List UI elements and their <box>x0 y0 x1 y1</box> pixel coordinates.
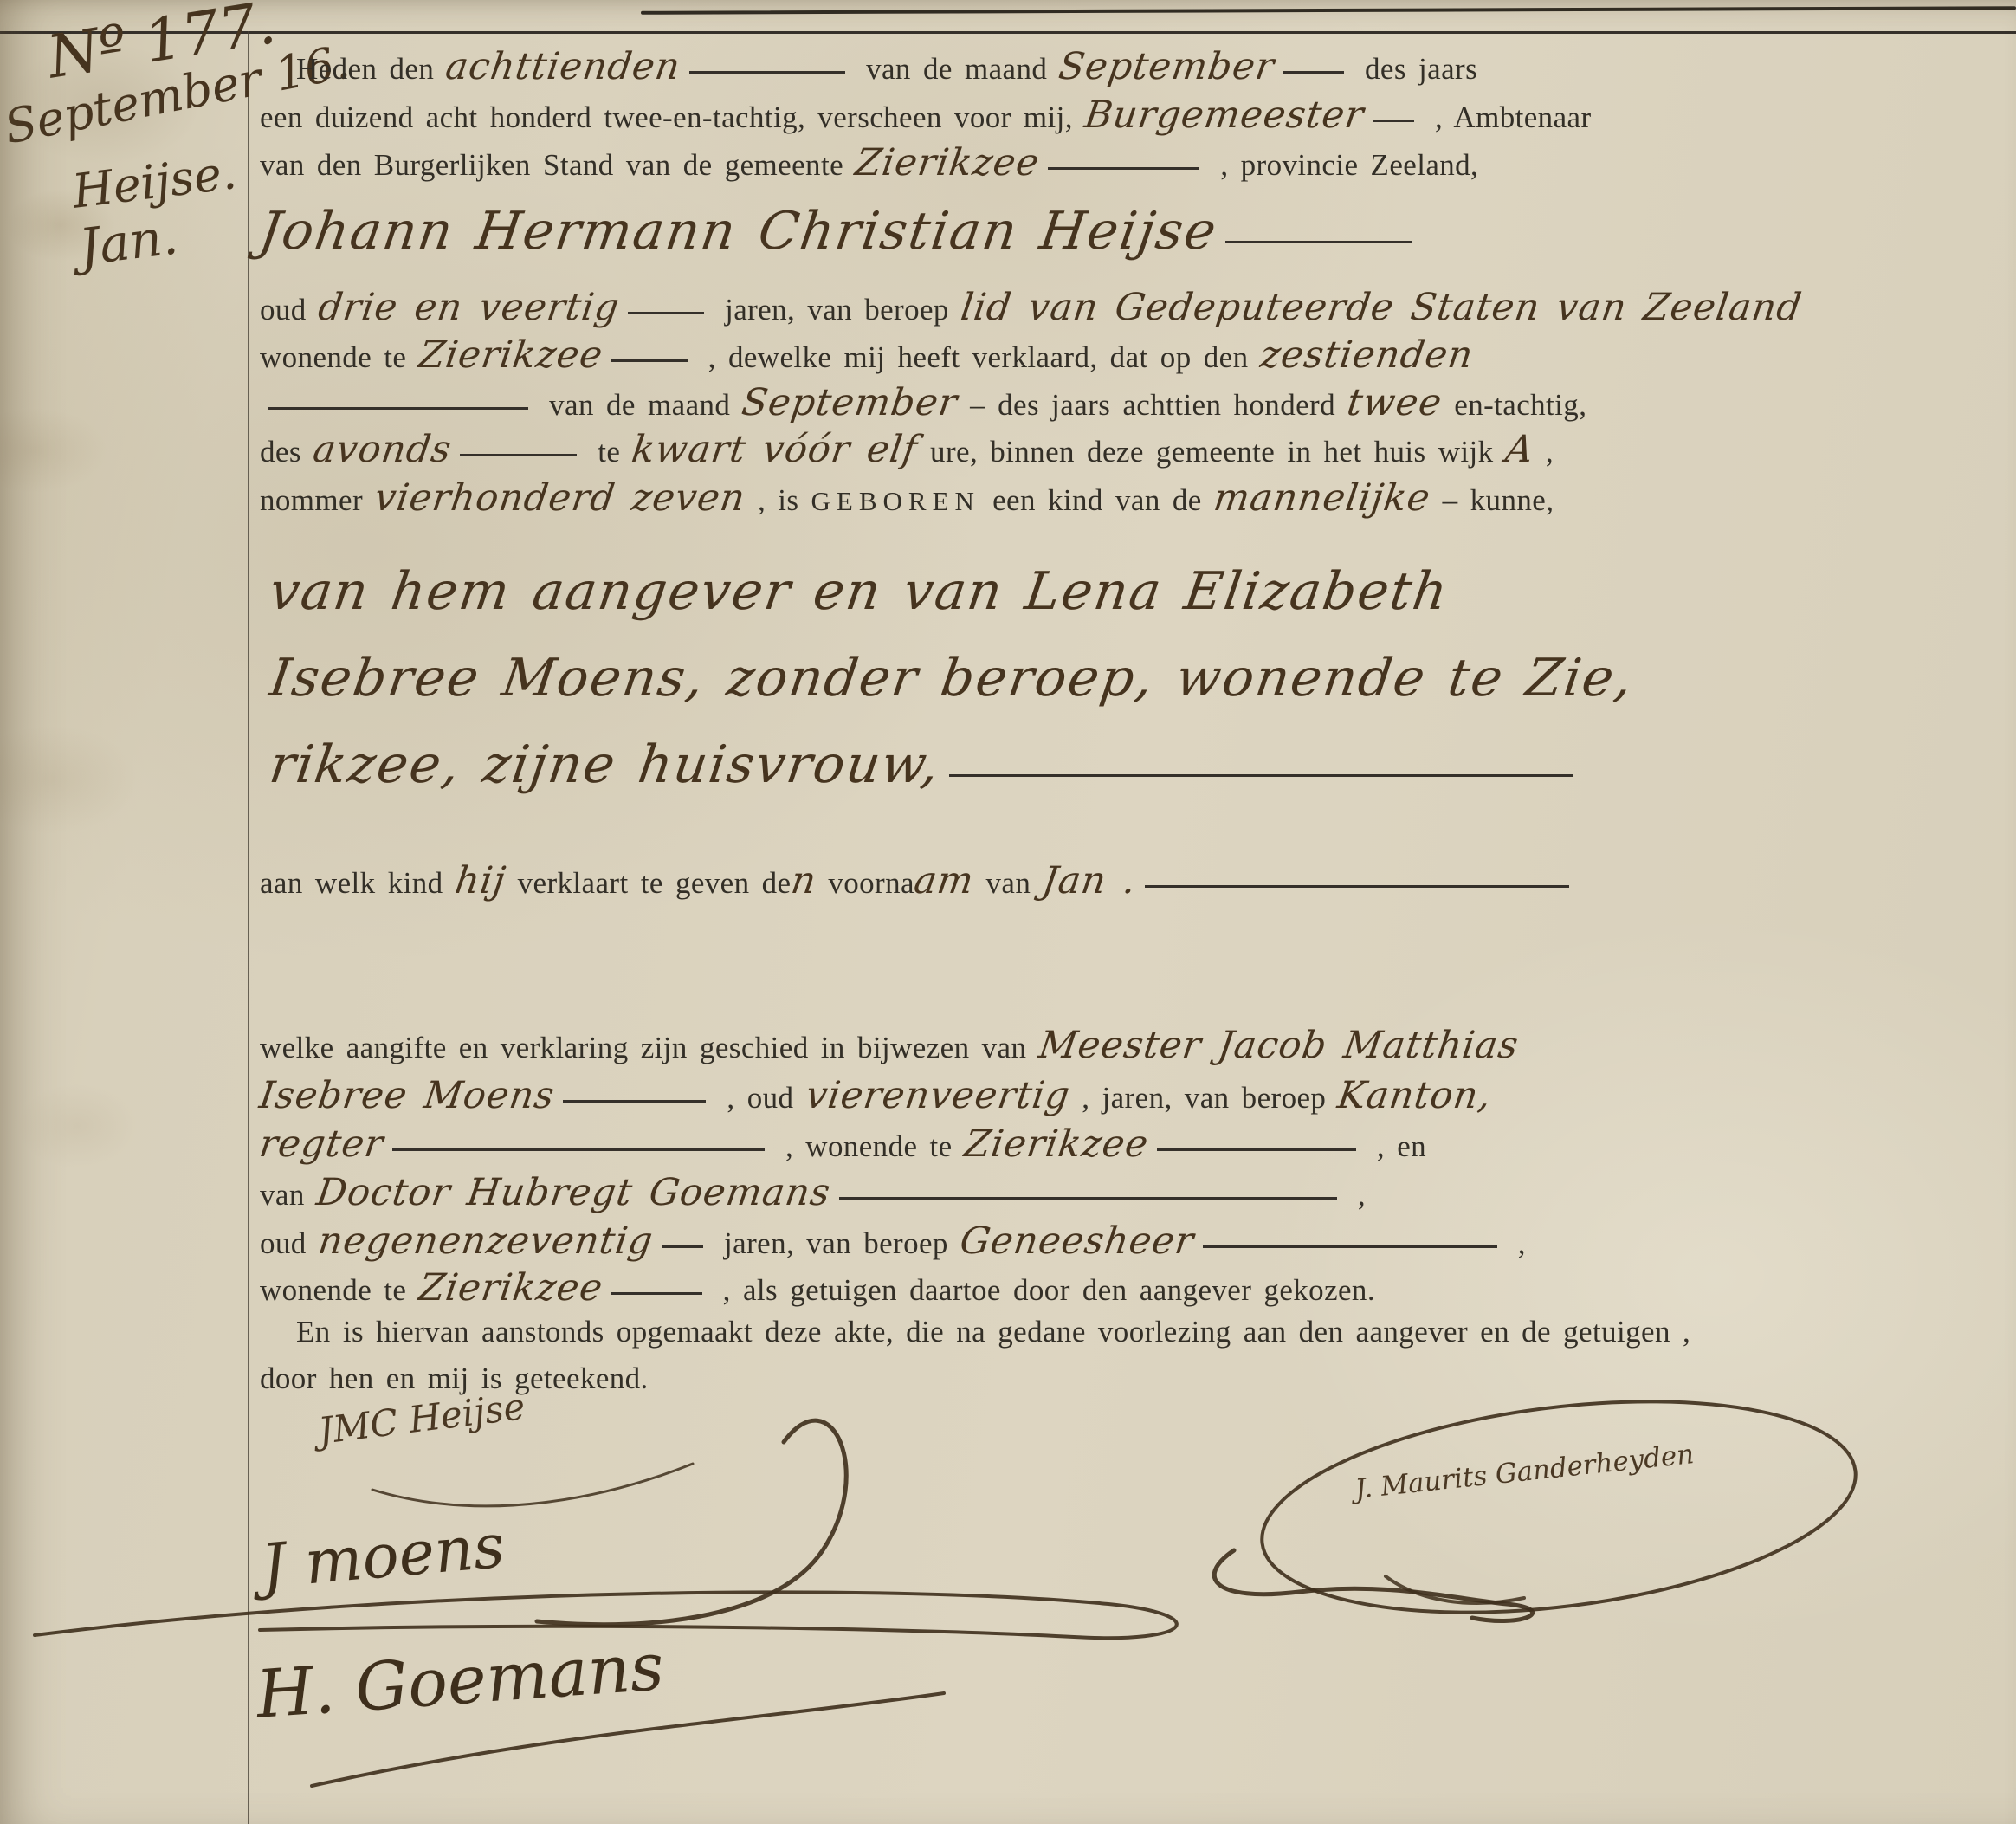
document-line: wonende te Zierikzee , dewelke mij heeft… <box>260 333 1473 377</box>
fill-rule <box>1225 241 1412 243</box>
handwritten-text: drie en veertig <box>315 286 622 329</box>
document-line: oud drie en veertig jaren, van beroep li… <box>260 286 1801 329</box>
margin-surname: Heijse. <box>69 145 239 219</box>
printed-text: , <box>1506 1226 1526 1260</box>
document-line: een duizend acht honderd twee-en-tachtig… <box>260 94 1592 137</box>
document-body: Heden den achttienden van de maand Septe… <box>260 0 2016 1824</box>
printed-text: , als getuigen daartoe door den aangever… <box>711 1273 1375 1307</box>
fill-rule <box>628 312 704 314</box>
document-line: Isebree Moens , oud vierenveertig , jare… <box>260 1074 1491 1117</box>
printed-text: , <box>1346 1178 1366 1212</box>
handwritten-text: Burgemeester <box>1082 94 1367 137</box>
fill-rule <box>611 359 688 362</box>
fill-rule <box>1157 1148 1356 1151</box>
margin-firstname: Jan. <box>76 206 181 276</box>
handwritten-text: Zierikzee <box>853 141 1043 184</box>
printed-text: oud <box>260 1226 319 1260</box>
fill-rule <box>611 1292 702 1295</box>
document-line: regter , wonende te Zierikzee , en <box>260 1122 1426 1166</box>
handwritten-text: negenenzeventig <box>315 1219 656 1263</box>
printed-text: , provincie Zeeland, <box>1208 148 1478 182</box>
printed-text: van <box>260 1178 317 1212</box>
handwritten-text: September <box>740 381 960 424</box>
printed-text: GEBOREN <box>811 486 980 516</box>
printed-text: van de maand <box>537 388 742 422</box>
document-line: door hen en mij is geteekend. <box>260 1362 649 1396</box>
printed-text: welke aangifte en verklaring zijn geschi… <box>260 1031 1039 1064</box>
handwritten-text: Jan . <box>1040 859 1140 902</box>
fill-rule <box>839 1197 1337 1200</box>
handwritten-text: Zierikzee <box>416 1266 605 1310</box>
handwritten-text: Isebree Moens, zonder beroep, wonende te… <box>266 648 1638 708</box>
handwritten-text: Johann Hermann Christian Heijse <box>255 201 1221 262</box>
printed-text: ure, binnen deze gemeente in het huis wi… <box>918 435 1506 469</box>
document-line: Johann Hermann Christian Heijse <box>260 201 1420 262</box>
printed-text: wonende te <box>260 340 419 374</box>
handwritten-text: zestienden <box>1257 333 1476 377</box>
handwritten-text: avonds <box>311 428 455 471</box>
document-line: oud negenenzeventig jaren, van beroep Ge… <box>260 1219 1526 1263</box>
printed-text: , <box>1534 435 1554 469</box>
printed-text: , jaren, van beroep <box>1069 1081 1338 1115</box>
printed-text: jaren, van beroep <box>712 1226 960 1260</box>
handwritten-text: hij <box>452 859 508 902</box>
fill-rule <box>1373 120 1414 122</box>
handwritten-text: twee <box>1345 381 1445 424</box>
document-line: welke aangifte en verklaring zijn geschi… <box>260 1024 1518 1067</box>
fill-rule <box>949 774 1573 777</box>
printed-text: wonende te <box>260 1273 419 1307</box>
document-line: nommer vierhonderd zeven , is GEBOREN ee… <box>260 476 1554 520</box>
handwritten-text: Isebree Moens <box>256 1074 557 1117</box>
fill-rule <box>563 1100 706 1103</box>
printed-text: een duizend acht honderd twee-en-tachtig… <box>260 100 1085 134</box>
fill-rule <box>460 454 577 456</box>
printed-text: , oud <box>714 1081 805 1115</box>
printed-text: en-tachtig, <box>1442 388 1586 422</box>
document-line: rikzee, zijne huisvrouw, <box>260 734 1581 795</box>
handwritten-text: Doctor Hubregt Goemans <box>313 1171 833 1214</box>
printed-text: En is hiervan aanstonds opgemaakt deze a… <box>296 1315 1690 1349</box>
printed-text: – kunne, <box>1430 483 1554 517</box>
handwritten-text: vierenveertig <box>803 1074 1073 1117</box>
printed-text: van den Burgerlijken Stand van de gemeen… <box>260 148 856 182</box>
printed-text: , Ambtenaar <box>1423 100 1592 134</box>
printed-text: jaren, van beroep <box>713 293 961 327</box>
document-line: Isebree Moens, zonder beroep, wonende te… <box>260 648 1633 708</box>
printed-text: – des jaars achttien honderd <box>958 388 1347 422</box>
handwritten-text: n <box>788 859 819 902</box>
printed-text: , is <box>746 483 811 517</box>
printed-text: oud <box>260 293 319 327</box>
document-line: van de maand September – des jaars achtt… <box>260 381 1586 424</box>
printed-text: te <box>585 435 632 469</box>
fill-rule <box>392 1148 765 1151</box>
handwritten-text: rikzee, zijne huisvrouw, <box>266 734 944 795</box>
document-line: aan welk kind hij verklaart te geven den… <box>260 859 1578 902</box>
printed-text: des jaars <box>1353 52 1477 86</box>
document-line: van Doctor Hubregt Goemans , <box>260 1171 1366 1214</box>
handwritten-text: A <box>1502 428 1536 471</box>
document-line: Heden den achttienden van de maand Septe… <box>260 45 1477 88</box>
printed-text: , wonende te <box>773 1129 965 1163</box>
document-line: van den Burgerlijken Stand van de gemeen… <box>260 141 1478 184</box>
document-line: van hem aangever en van Lena Elizabeth <box>260 561 1448 622</box>
printed-text: verklaart te geven de <box>505 866 791 900</box>
birth-certificate-page: { "palette":{"paper":"#d8d0bb","print_in… <box>0 0 2016 1824</box>
fill-rule <box>268 407 528 410</box>
handwritten-text: Zierikzee <box>961 1122 1151 1166</box>
fill-rule <box>1048 167 1199 170</box>
handwritten-text: Zierikzee <box>416 333 605 377</box>
handwritten-text: achttienden <box>443 45 684 88</box>
handwritten-text: lid van Gedeputeerde Staten van Zeeland <box>958 286 1805 329</box>
printed-text: voorna <box>816 866 914 900</box>
fill-rule <box>662 1245 703 1248</box>
printed-text: van de maand <box>854 52 1059 86</box>
document-line: wonende te Zierikzee , als getuigen daar… <box>260 1266 1375 1310</box>
document-line: des avonds te kwart vóór elf ure, binnen… <box>260 428 1554 471</box>
document-line: En is hiervan aanstonds opgemaakt deze a… <box>260 1315 1690 1349</box>
handwritten-text: Meester Jacob Matthias <box>1036 1024 1521 1067</box>
printed-text: , en <box>1365 1129 1426 1163</box>
printed-text: nommer <box>260 483 375 517</box>
handwritten-text: mannelijke <box>1211 476 1433 520</box>
fill-rule <box>689 71 845 74</box>
handwritten-text: regter <box>256 1122 386 1166</box>
handwritten-text: September <box>1056 45 1277 88</box>
handwritten-text: kwart vóór elf <box>630 428 921 471</box>
printed-text: door hen en mij is geteekend. <box>260 1362 649 1395</box>
printed-text: een kind van de <box>980 483 1214 517</box>
printed-text: , dewelke mij heeft verklaard, dat op de… <box>696 340 1261 374</box>
printed-text: des <box>260 435 313 469</box>
fill-rule <box>1203 1245 1497 1248</box>
fill-rule <box>1145 885 1569 888</box>
handwritten-text: am <box>911 859 976 902</box>
margin-divider-line <box>248 31 249 1824</box>
handwritten-text: van hem aangever en van Lena Elizabeth <box>266 561 1452 622</box>
handwritten-text: vierhonderd zeven <box>372 476 749 520</box>
fill-rule <box>1283 71 1344 74</box>
handwritten-text: Geneesheer <box>957 1219 1197 1263</box>
printed-text: aan welk kind <box>260 866 456 900</box>
printed-text: Heden den <box>296 52 446 86</box>
handwritten-text: Kanton, <box>1335 1074 1495 1117</box>
printed-text: van <box>973 866 1043 900</box>
